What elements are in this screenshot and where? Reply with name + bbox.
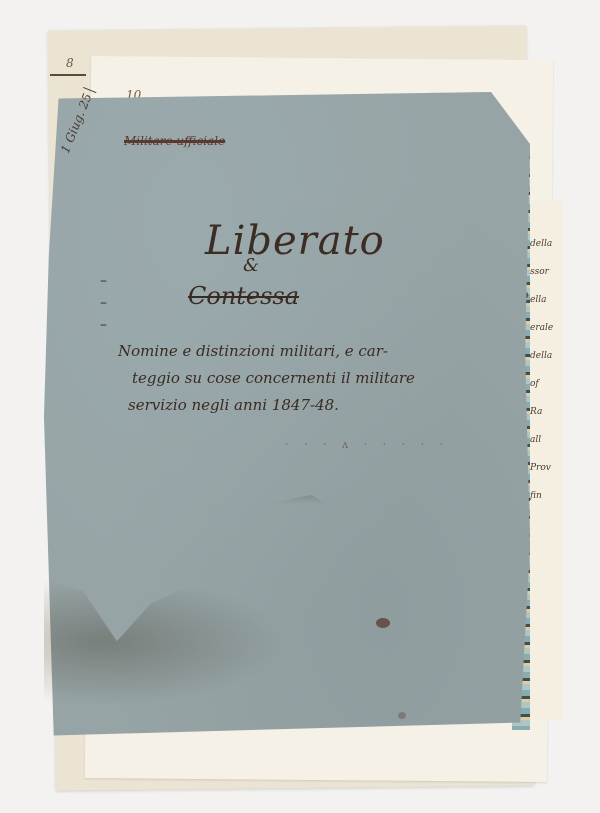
- right-edge-script: della ssor ella erale della of Ra all Pr…: [530, 230, 560, 510]
- subtitle-line: teggio su cose concernenti il militare: [118, 365, 518, 392]
- surname-struck: Contessa: [188, 282, 299, 310]
- ink-spot: [398, 712, 406, 719]
- faint-inscription: · · · ʌ · · · · ·: [285, 438, 449, 451]
- struck-heading: Militare ufficiale: [124, 134, 225, 148]
- ink-rule-mark: [50, 74, 86, 76]
- subtitle-line: Nomine e distinzioni militari, e car-: [118, 338, 518, 365]
- cover-subtitle: Nomine e distinzioni militari, e car- te…: [118, 338, 518, 419]
- page-number-left: 8: [66, 56, 74, 70]
- margin-marks: –––: [100, 270, 107, 336]
- subtitle-line: servizio negli anni 1847-48.: [118, 392, 518, 419]
- title-name: Liberato: [205, 218, 385, 264]
- ink-spot: [376, 618, 390, 628]
- ampersand: &: [243, 255, 259, 276]
